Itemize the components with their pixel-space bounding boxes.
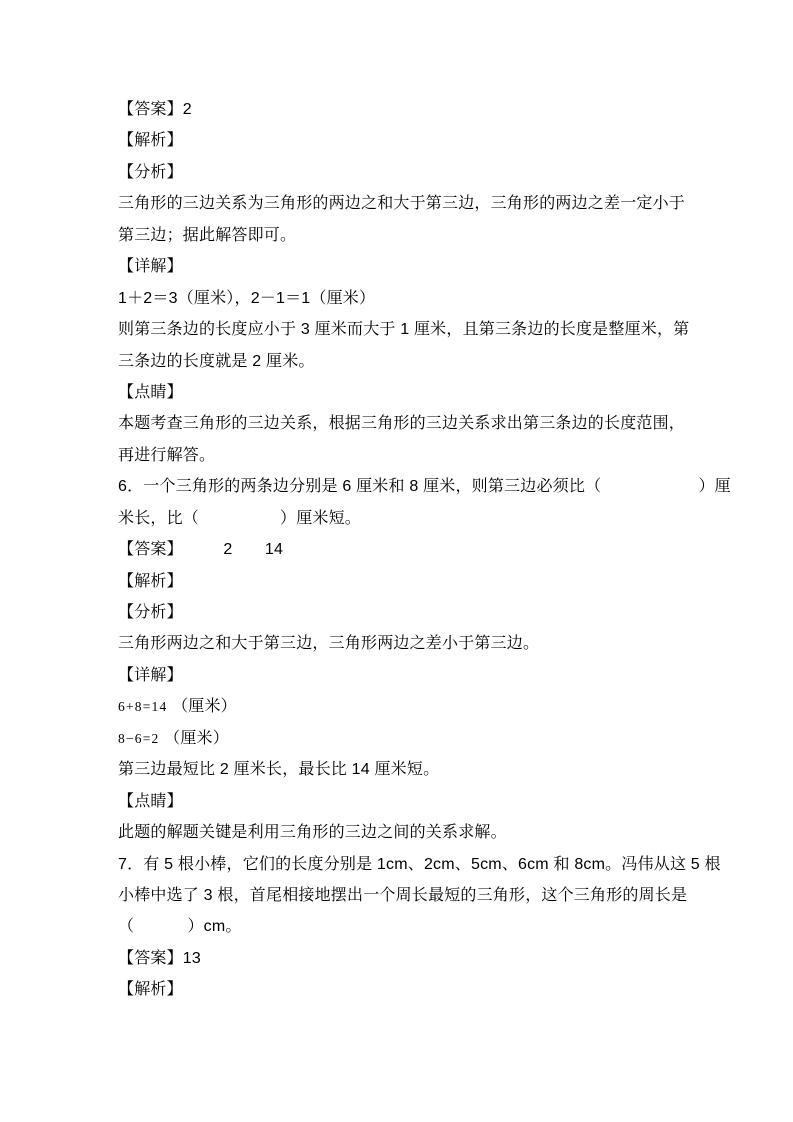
text-segment: 【点睛】 <box>118 793 183 810</box>
text-segment: 米长，比（ ）厘米短。 <box>118 510 361 527</box>
text-line: 本题考查三角形的三边关系，根据三角形的三边关系求出第三条边的长度范围， <box>118 408 693 439</box>
text-line: 【详解】 <box>118 251 693 282</box>
text-segment: 【答案】 2 14 <box>118 541 283 558</box>
text-segment: 三角形两边之和大于第三边，三角形两边之差小于第三边。 <box>118 635 539 652</box>
text-line: 1＋2＝3（厘米），2－1＝1（厘米） <box>118 283 693 314</box>
text-segment: 【分析】 <box>118 604 183 621</box>
text-line: 【答案】2 <box>118 94 693 125</box>
equation-segment: 8−6=2 <box>118 731 159 746</box>
text-line: 三角形的三边关系为三角形的两边之和大于第三边，三角形的两边之差一定小于 <box>118 188 693 219</box>
text-segment: （厘米） <box>159 730 228 747</box>
text-segment: 【答案】13 <box>118 950 201 967</box>
text-line: 三角形两边之和大于第三边，三角形两边之差小于第三边。 <box>118 628 693 659</box>
text-line: 【答案】13 <box>118 943 693 974</box>
text-segment: 【详解】 <box>118 667 183 684</box>
text-line: 小棒中选了 3 根，首尾相接地摆出一个周长最短的三角形，这个三角形的周长是 <box>118 880 693 911</box>
text-line: 【解析】 <box>118 566 693 597</box>
text-line: 三条边的长度就是 2 厘米。 <box>118 346 693 377</box>
text-segment: 【点睛】 <box>118 384 183 401</box>
text-line: 则第三条边的长度应小于 3 厘米而大于 1 厘米，且第三条边的长度是整厘米，第 <box>118 314 693 345</box>
text-segment: 6．一个三角形的两条边分别是 6 厘米和 8 厘米，则第三边必须比（ ）厘 <box>118 478 731 495</box>
text-segment: 【详解】 <box>118 258 183 275</box>
text-line: 【解析】 <box>118 125 693 156</box>
document-page: 【答案】2【解析】【分析】三角形的三边关系为三角形的两边之和大于第三边，三角形的… <box>0 0 793 1122</box>
text-line: 8−6=2 （厘米） <box>118 723 693 754</box>
text-segment: 再进行解答。 <box>118 447 215 464</box>
text-segment: 【解析】 <box>118 132 183 149</box>
text-line: 6+8=14 （厘米） <box>118 691 693 722</box>
text-segment: （ ）cm。 <box>118 918 242 935</box>
text-line: 此题的解题关键是利用三角形的三边之间的关系求解。 <box>118 817 693 848</box>
text-segment: 【答案】2 <box>118 101 192 118</box>
text-line: 7．有 5 根小棒，它们的长度分别是 1cm、2cm、5cm、6cm 和 8cm… <box>118 849 693 880</box>
text-segment: 三角形的三边关系为三角形的两边之和大于第三边，三角形的两边之差一定小于 <box>118 195 685 212</box>
text-segment: 三条边的长度就是 2 厘米。 <box>118 353 315 370</box>
text-line: 【分析】 <box>118 157 693 188</box>
text-line: 第三边；据此解答即可。 <box>118 220 693 251</box>
text-segment: 【解析】 <box>118 981 183 998</box>
equation-segment: 6+8=14 <box>118 699 167 714</box>
text-line: 【点睛】 <box>118 377 693 408</box>
text-segment: 第三边最短比 2 厘米长，最长比 14 厘米短。 <box>118 761 439 778</box>
text-segment: 本题考查三角形的三边关系，根据三角形的三边关系求出第三条边的长度范围， <box>118 415 685 432</box>
document-body: 【答案】2【解析】【分析】三角形的三边关系为三角形的两边之和大于第三边，三角形的… <box>118 94 693 1006</box>
text-line: 第三边最短比 2 厘米长，最长比 14 厘米短。 <box>118 754 693 785</box>
text-line: 【答案】 2 14 <box>118 534 693 565</box>
text-line: （ ）cm。 <box>118 911 693 942</box>
text-segment: 第三边；据此解答即可。 <box>118 227 296 244</box>
text-segment: 1＋2＝3（厘米），2－1＝1（厘米） <box>118 290 375 307</box>
text-segment: 【解析】 <box>118 573 183 590</box>
text-segment: 小棒中选了 3 根，首尾相接地摆出一个周长最短的三角形，这个三角形的周长是 <box>118 887 687 904</box>
text-line: 米长，比（ ）厘米短。 <box>118 503 693 534</box>
text-line: 再进行解答。 <box>118 440 693 471</box>
text-segment: 此题的解题关键是利用三角形的三边之间的关系求解。 <box>118 824 507 841</box>
text-line: 6．一个三角形的两条边分别是 6 厘米和 8 厘米，则第三边必须比（ ）厘 <box>118 471 693 502</box>
text-line: 【分析】 <box>118 597 693 628</box>
text-line: 【详解】 <box>118 660 693 691</box>
text-line: 【点睛】 <box>118 786 693 817</box>
text-segment: （厘米） <box>167 698 236 715</box>
text-line: 【解析】 <box>118 974 693 1005</box>
text-segment: 则第三条边的长度应小于 3 厘米而大于 1 厘米，且第三条边的长度是整厘米，第 <box>118 321 689 338</box>
text-segment: 7．有 5 根小棒，它们的长度分别是 1cm、2cm、5cm、6cm 和 8cm… <box>118 856 721 873</box>
text-segment: 【分析】 <box>118 164 183 181</box>
